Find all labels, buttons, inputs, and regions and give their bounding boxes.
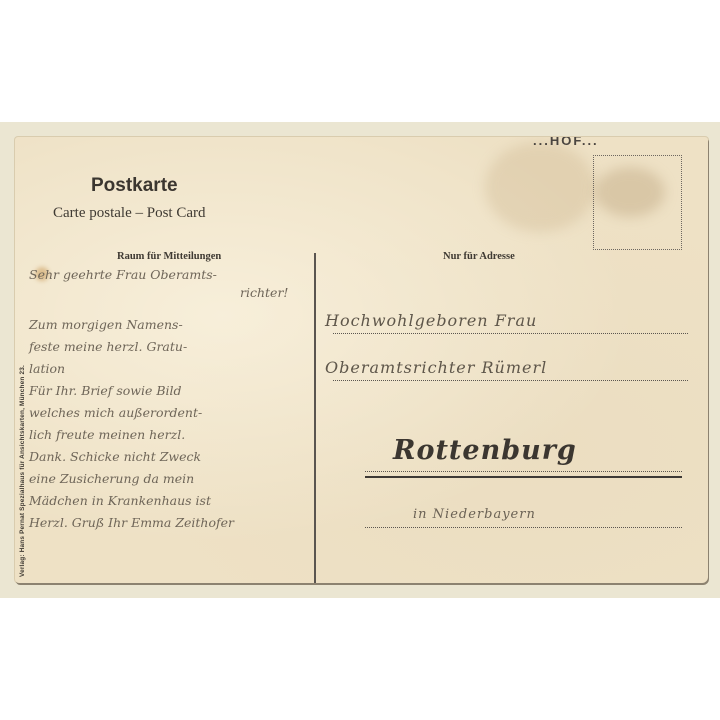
message-line: Dank. Schicke nicht Zweck (29, 449, 201, 464)
address-region: in Niederbayern (413, 507, 536, 522)
card-title: Postkarte (91, 175, 178, 197)
message-line: lation (29, 361, 65, 376)
message-line: Sehr geehrte Frau Oberamts- (29, 267, 217, 282)
column-divider (314, 253, 316, 583)
address-dotted-line (333, 333, 688, 334)
stamp-box (593, 155, 682, 250)
address-dotted-line (365, 471, 682, 472)
message-line: feste meine herzl. Gratu- (29, 339, 187, 354)
address-dotted-line (333, 380, 688, 381)
address-line-2: Oberamtsrichter Rümerl (325, 358, 547, 377)
message-line: Zum morgigen Namens- (29, 317, 183, 332)
message-line: Herzl. Gruß Ihr Emma Zeithofer (29, 515, 234, 530)
message-area-label: Raum für Mitteilungen (117, 251, 221, 262)
postcard: ...HOF... Postkarte Carte postale – Post… (15, 137, 708, 583)
message-line: Für Ihr. Brief sowie Bild (29, 383, 182, 398)
address-underline (365, 476, 682, 478)
stain (485, 142, 595, 232)
card-subtitle: Carte postale – Post Card (53, 205, 205, 222)
message-line: Mädchen in Krankenhaus ist (29, 493, 211, 508)
message-line: richter! (240, 285, 288, 300)
message-line: welches mich außerordent- (29, 405, 202, 420)
address-line-1: Hochwohlgeboren Frau (325, 311, 537, 330)
address-city: Rottenburg (393, 435, 577, 466)
postmark: ...HOF... (533, 137, 599, 148)
message-line: lich freute meinen herzl. (29, 427, 185, 442)
message-line: eine Zusicherung da mein (29, 471, 194, 486)
address-area-label: Nur für Adresse (443, 251, 515, 262)
publisher-imprint: Verlag: Hans Pernat Spezialhaus für Ansi… (19, 365, 26, 577)
address-dotted-line (365, 527, 682, 528)
